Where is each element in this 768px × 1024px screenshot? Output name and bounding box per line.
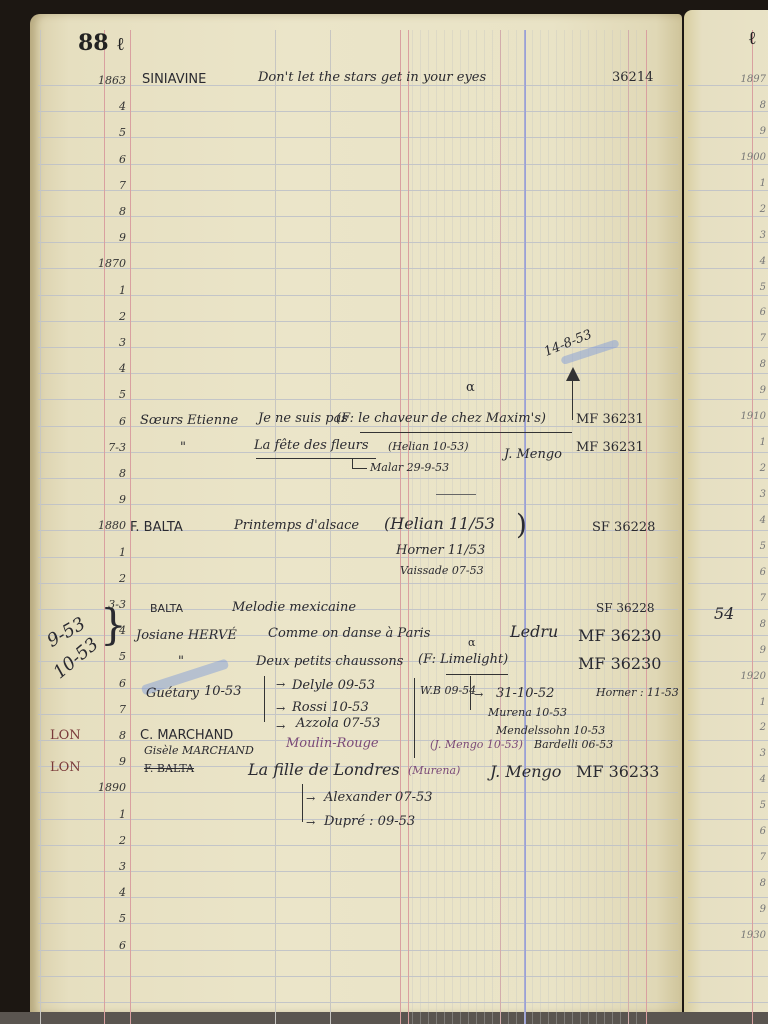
entry-note: (Murena) (408, 764, 460, 777)
row-number: 8 (86, 467, 126, 480)
entry-extra: Ledru (510, 622, 558, 641)
branch-item: Mendelssohn 10-53 (496, 724, 605, 737)
row-number: 2 (86, 310, 126, 323)
row-number: 1863 (86, 74, 126, 87)
ruled-line (688, 504, 768, 505)
row-number: 6 (716, 567, 766, 578)
ruled-line (688, 347, 768, 348)
row-number: 9 (716, 904, 766, 915)
entry-ref: MF 36231 (576, 440, 644, 455)
row-number: 1900 (716, 152, 766, 163)
row-number: 1 (86, 284, 126, 297)
ruled-line (38, 583, 678, 584)
row-number: 8 (716, 359, 766, 370)
row-number: 6 (716, 826, 766, 837)
entry-ref: SF 36228 (592, 520, 655, 535)
row-number: 2 (716, 204, 766, 215)
ruled-line (688, 216, 768, 217)
ruled-line (38, 242, 678, 243)
entry-subnote: Malar 29-9-53 (370, 461, 449, 474)
entry-note: (Helian 10-53) (388, 440, 469, 453)
ruled-line (38, 609, 678, 610)
fine-rule (548, 30, 549, 1024)
ruled-line (688, 164, 768, 165)
ruled-line (688, 452, 768, 453)
entry-extra: J. Mengo (504, 447, 562, 462)
entry-ref: MF 36230 (578, 626, 661, 645)
underline (360, 432, 572, 433)
ruled-line (688, 740, 768, 741)
row-number: 3 (716, 748, 766, 759)
row-number: 1 (716, 437, 766, 448)
entry-artist: F. BALTA (130, 520, 183, 535)
row-number: 8 (86, 205, 126, 218)
row-number: 5 (86, 388, 126, 401)
ruled-line (688, 268, 768, 269)
ruled-line (688, 819, 768, 820)
entry-title: Je ne suis pas (258, 411, 348, 426)
page-number: 88 ℓ (78, 30, 125, 56)
entry-artist: Gisèle MARCHAND (144, 744, 254, 757)
row-number: 4 (716, 774, 766, 785)
entry-ref: MF 36233 (576, 762, 659, 781)
close-paren: ) (516, 508, 527, 541)
fine-rule (508, 30, 509, 1024)
ruled-line (38, 557, 678, 558)
branch-line (470, 676, 471, 710)
ruled-line (688, 399, 768, 400)
ruled-line (688, 1002, 768, 1003)
row-number: 8 (86, 729, 126, 742)
ruled-line (688, 321, 768, 322)
row-number: 7-3 (86, 441, 126, 454)
ruled-line (38, 85, 678, 86)
entry-artist: Sœurs Etienne (140, 413, 238, 428)
row-number: 6 (86, 939, 126, 952)
row-number: 3 (86, 336, 126, 349)
row-number: 7 (86, 703, 126, 716)
ruled-line (38, 399, 678, 400)
curly-brace: } (100, 600, 127, 649)
ruled-line (688, 530, 768, 531)
row-number: 1897 (716, 74, 766, 85)
ruled-line (688, 923, 768, 924)
row-number: 5 (86, 912, 126, 925)
entry-title: Printemps d'alsace (234, 518, 359, 533)
branch-arrow-icon: → (474, 688, 483, 701)
row-number: 1930 (716, 930, 766, 941)
fine-rule (556, 30, 557, 1024)
row-number: 7 (86, 179, 126, 192)
ruled-line (38, 137, 678, 138)
margin-lon: LON (50, 760, 81, 775)
entry-title: Don't let the stars get in your eyes (258, 70, 486, 85)
row-number: 7 (716, 852, 766, 863)
branch-line (264, 676, 275, 722)
margin-lon: LON (50, 728, 81, 743)
ruled-line (688, 426, 768, 427)
entry-note: (F: Limelight) (418, 652, 508, 667)
ruled-line (38, 897, 678, 898)
ruled-line (38, 164, 678, 165)
entry-subnote: Horner 11/53 (396, 543, 485, 558)
branch-item: Alexander 07-53 (324, 790, 433, 805)
ruled-line (38, 216, 678, 217)
ruled-line (688, 792, 768, 793)
row-number: 5 (716, 541, 766, 552)
row-number: 1 (86, 546, 126, 559)
row-number: 5 (716, 282, 766, 293)
row-number: 9 (86, 493, 126, 506)
row-number: 7 (716, 593, 766, 604)
entry-title: La fête des fleurs (254, 438, 369, 453)
fine-rule (564, 30, 565, 1024)
row-number: 1870 (86, 257, 126, 270)
row-number: 2 (86, 572, 126, 585)
entry-artist: Guétary (146, 686, 199, 701)
row-number: 1920 (716, 671, 766, 682)
fine-rule (572, 30, 573, 1024)
ruled-line (38, 504, 678, 505)
branch-arrow-icon: → (276, 720, 285, 733)
entry-title: La fille de Londres (248, 760, 400, 779)
ruled-line (38, 1002, 678, 1003)
right-page-mark: ℓ (748, 28, 757, 49)
row-number: 9 (716, 645, 766, 656)
row-number: 8 (716, 100, 766, 111)
row-number: 3 (86, 860, 126, 873)
entry-title: Moulin-Rouge (286, 736, 379, 751)
entry-subnote: Vaissade 07-53 (400, 564, 484, 577)
entry-artist: Josiane HERVÉ (136, 628, 237, 643)
row-number: 1890 (86, 781, 126, 794)
ruled-line (688, 714, 768, 715)
right-margin-note: 54 (714, 604, 734, 623)
entry-artist: BALTA (150, 602, 183, 615)
branch-item: Murena 10-53 (488, 706, 567, 719)
entry-ref: MF 36230 (578, 654, 661, 673)
ruled-line (688, 635, 768, 636)
entry-title: Comme on danse à Paris (268, 626, 430, 641)
row-number: 5 (86, 126, 126, 139)
struck-artist: F. BALTA (144, 762, 194, 775)
ruled-line (688, 950, 768, 951)
row-number: 4 (716, 256, 766, 267)
fine-rule (540, 30, 541, 1024)
row-number: 1 (716, 697, 766, 708)
entry-artist: C. MARCHAND (140, 728, 233, 743)
row-number: 6 (86, 415, 126, 428)
row-number: 4 (86, 100, 126, 113)
ruled-line (688, 373, 768, 374)
entry-note: (Helian 11/53 (384, 514, 495, 533)
ruled-line (38, 478, 678, 479)
branch-arrow-icon: → (276, 702, 285, 715)
ruled-line (688, 242, 768, 243)
ruled-line (688, 976, 768, 977)
row-number: 6 (716, 307, 766, 318)
ruled-line (688, 478, 768, 479)
entry-date: 10-53 (204, 684, 241, 699)
fine-rule (532, 30, 533, 1024)
entry-ref: 36214 (612, 70, 653, 85)
branch-item: Delyle 09-53 (292, 678, 375, 693)
ruled-line (688, 766, 768, 767)
ruled-line (688, 871, 768, 872)
ruled-line (688, 688, 768, 689)
row-number: 6 (86, 677, 126, 690)
ruled-line (688, 661, 768, 662)
ruled-line (688, 557, 768, 558)
ditto-mark: " (180, 440, 186, 455)
ruled-line (38, 347, 678, 348)
fine-rule (588, 30, 589, 1024)
branch-arrow-icon: → (276, 678, 285, 691)
ruled-line (38, 295, 678, 296)
ruled-line (688, 583, 768, 584)
ruled-line (38, 871, 678, 872)
entry-title: Deux petits chaussons (256, 654, 403, 669)
wb-note: W.B 09-54 (420, 684, 476, 697)
row-number: 6 (86, 153, 126, 166)
branch-item: Dupré : 09-53 (324, 814, 415, 829)
connector-line (572, 380, 573, 420)
row-number: 1910 (716, 411, 766, 422)
row-number: 2 (86, 834, 126, 847)
branch-arrow-icon: → (306, 792, 315, 805)
entry-extra: J. Mengo (490, 762, 561, 781)
entry-title: Melodie mexicaine (232, 600, 356, 615)
row-number: 7 (716, 333, 766, 344)
fine-rule (500, 30, 501, 1024)
row-number: 2 (716, 463, 766, 474)
alpha-mark: α (468, 636, 475, 649)
ruled-line (38, 111, 678, 112)
entry-note: (F: le chaveur de chez Maxim's) (336, 411, 546, 426)
entry-artist: SINIAVINE (142, 72, 206, 87)
row-number: 4 (716, 515, 766, 526)
dash-mark (436, 494, 476, 495)
row-number: 1 (86, 808, 126, 821)
row-number: 3 (716, 489, 766, 500)
ruled-line (688, 897, 768, 898)
row-number: 4 (86, 886, 126, 899)
branch-arrow-icon: → (306, 816, 315, 829)
row-number: 9 (716, 385, 766, 396)
entry-note: (J. Mengo 10-53) (430, 738, 523, 751)
ruled-line (688, 190, 768, 191)
row-number: 4 (86, 362, 126, 375)
row-number: 5 (716, 800, 766, 811)
ruled-line (38, 373, 678, 374)
ruled-line (38, 845, 678, 846)
ruled-line (38, 923, 678, 924)
ditto-mark: " (178, 654, 184, 669)
row-number: 1880 (86, 519, 126, 532)
ruled-line (38, 976, 678, 977)
table-surface (0, 1012, 768, 1024)
ruled-line (688, 111, 768, 112)
branch-item: Azzola 07-53 (296, 716, 380, 731)
alpha-mark: α (466, 380, 475, 395)
divider-stroke (414, 678, 415, 758)
branch-item: 31-10-52 (496, 686, 554, 701)
branch-item: Rossi 10-53 (292, 700, 369, 715)
ruled-line (688, 137, 768, 138)
ruled-line (688, 845, 768, 846)
ruled-line (38, 950, 678, 951)
horner-note: Horner : 11-53 (596, 686, 679, 699)
row-number: 3 (716, 230, 766, 241)
row-number: 2 (716, 722, 766, 733)
branch-arrow (352, 458, 367, 469)
ruled-line (38, 268, 678, 269)
row-number: 8 (716, 878, 766, 889)
ruled-line (688, 85, 768, 86)
arrow-up-icon (566, 367, 580, 381)
entry-ref: MF 36231 (576, 412, 644, 427)
fine-rule (580, 30, 581, 1024)
ruled-line (38, 190, 678, 191)
row-number: 9 (86, 231, 126, 244)
branch-item: Bardelli 06-53 (534, 738, 613, 751)
row-number: 1 (716, 178, 766, 189)
ruled-line (688, 295, 768, 296)
entry-ref: SF 36228 (596, 601, 655, 615)
row-number: 9 (86, 755, 126, 768)
row-number: 9 (716, 126, 766, 137)
underline (446, 674, 508, 675)
column-rule (40, 30, 41, 1024)
ruled-line (38, 321, 678, 322)
